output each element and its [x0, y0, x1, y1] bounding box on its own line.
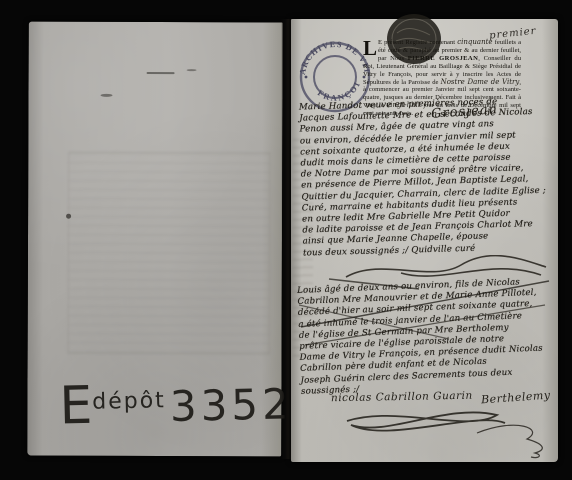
- right-page: premier ARCHIVES DE VITRY-LE FRANÇOIS: [291, 19, 558, 462]
- cote-word: dépôt: [92, 388, 166, 415]
- ink-speck: [147, 72, 175, 74]
- page-showthrough: [68, 152, 271, 355]
- strikethrough-marks-icon: [299, 275, 553, 395]
- burial-entry-1: Marie Handot veuve en premières noces de…: [299, 96, 555, 260]
- scanned-register-spread: Edépôt3352 premier ARCHIVES DE VITRY-LE …: [0, 0, 572, 480]
- cote-number: 3352: [169, 379, 293, 431]
- ink-speck: [187, 69, 197, 71]
- ink-speck: [100, 94, 112, 97]
- officer-name: PIERRE GROSJEAN: [408, 55, 479, 62]
- signature-paraph-icon: [327, 403, 553, 461]
- dropcap: L: [363, 39, 378, 57]
- notice-seg1: E présent Registre contenant: [378, 39, 457, 46]
- notice-fill-folios: cinquante: [457, 38, 492, 46]
- archive-cote: Edépôt3352: [59, 372, 280, 437]
- notice-fill-parish: Nostre Dame de Vitry: [441, 78, 520, 86]
- left-page: Edépôt3352: [27, 22, 283, 457]
- cote-prefix: E: [59, 376, 91, 437]
